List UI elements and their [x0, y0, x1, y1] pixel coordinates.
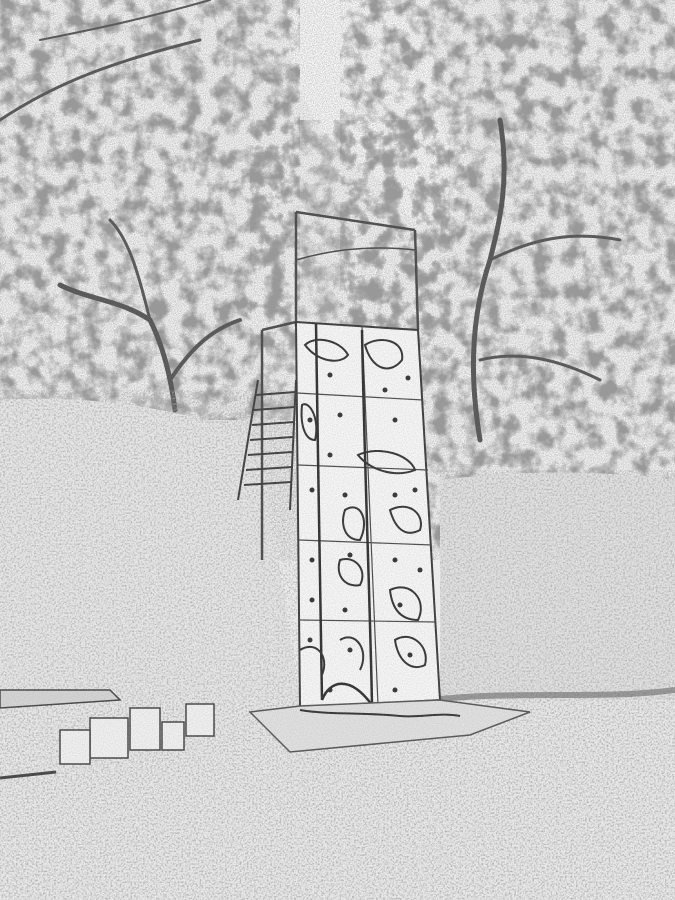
- sketch-scene: [0, 0, 675, 900]
- scene-illustration: [0, 0, 675, 900]
- pencil-grain-overlay: [0, 0, 675, 900]
